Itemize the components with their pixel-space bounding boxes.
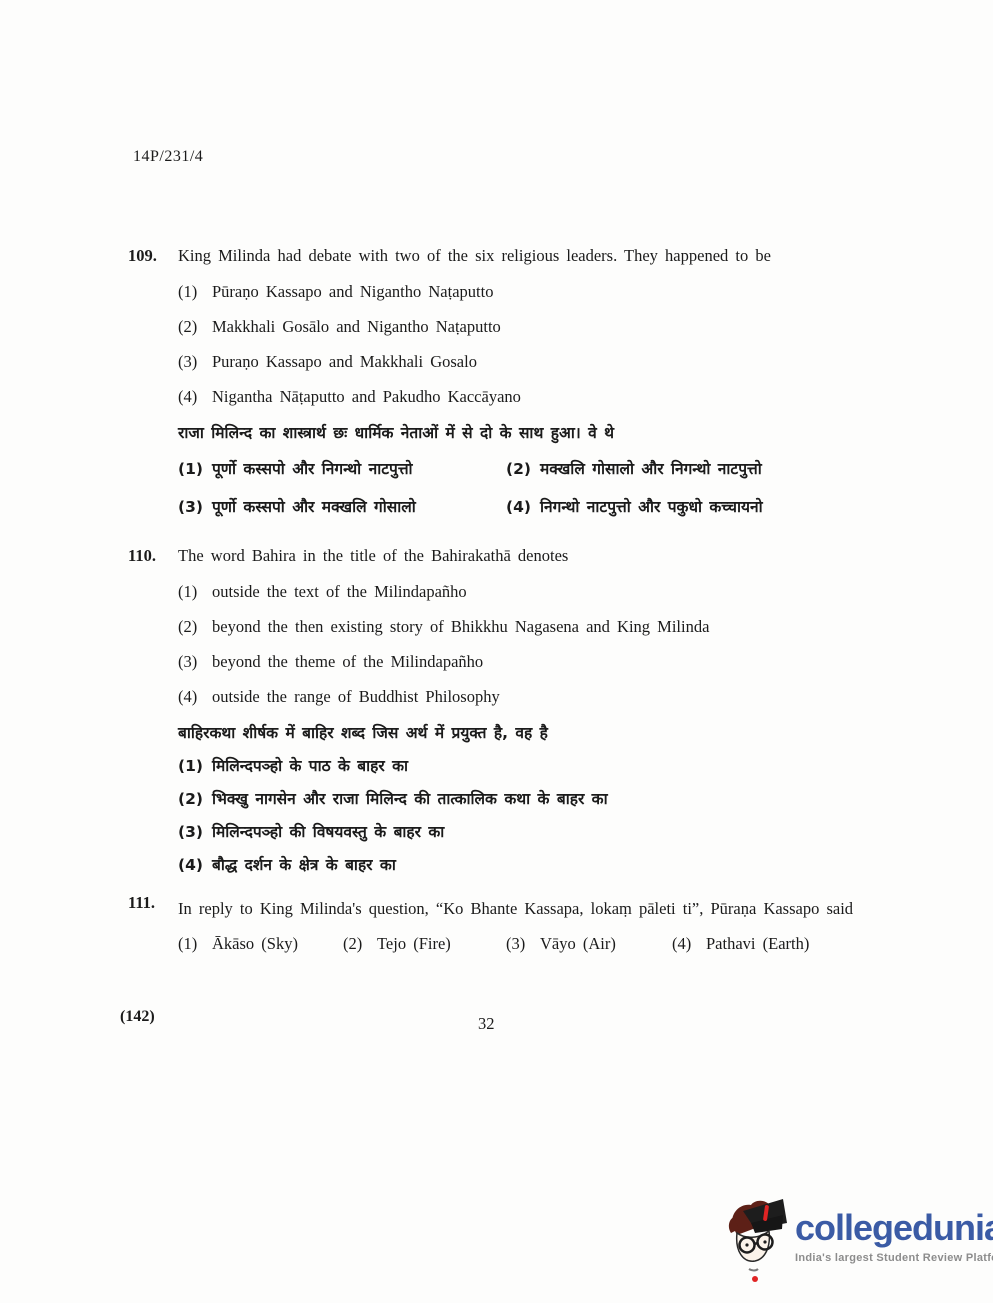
option-label: (2) (178, 317, 212, 336)
question-text-english: The word Bahira in the title of the Bahi… (178, 546, 938, 566)
option-text: पूर्णो कस्सपो और निगन्थो नाटपुत्तो (212, 459, 413, 480)
option-text: पूर्णो कस्सपो और मक्खलि गोसालो (212, 497, 416, 518)
option-4-hindi: (4) बौद्ध दर्शन के क्षेत्र के बाहर का (178, 855, 938, 876)
option-text: Ākāso (Sky) (212, 934, 298, 953)
question-text-english: King Milinda had debate with two of the … (178, 246, 938, 266)
option-label: (2) (343, 934, 377, 953)
question-text-hindi: राजा मिलिन्द का शास्त्रार्थ छः धार्मिक न… (178, 422, 938, 444)
series-code: (142) (120, 1008, 155, 1026)
option-1-hindi: (1) मिलिन्दपञ्हो के पाठ के बाहर का (178, 756, 938, 777)
option-label: (4) (506, 497, 540, 518)
brand-tagline: India's largest Student Review Platform (795, 1252, 993, 1264)
option-text: भिक्खु नागसेन और राजा मिलिन्द की तात्काल… (212, 789, 608, 810)
option-3: (3) Vāyo (Air) (506, 934, 672, 953)
option-2: (2) Makkhali Gosālo and Nigantho Naṭaput… (178, 317, 938, 336)
option-text: beyond the theme of the Milindapañho (212, 652, 483, 671)
graduate-mascot-icon (725, 1189, 789, 1285)
option-4: (4) outside the range of Buddhist Philos… (178, 687, 938, 706)
option-text: Pūraṇo Kassapo and Nigantho Naṭaputto (212, 282, 493, 301)
question-text-hindi: बाहिरकथा शीर्षक में बाहिर शब्द जिस अर्थ … (178, 722, 938, 744)
option-label: (4) (178, 855, 212, 876)
option-text: Tejo (Fire) (377, 934, 451, 953)
option-4: (4) Nigantha Nāṭaputto and Pakudho Kaccā… (178, 387, 938, 406)
options-hindi: (1) मिलिन्दपञ्हो के पाठ के बाहर का (2) भ… (178, 756, 938, 876)
option-text: beyond the then existing story of Bhikkh… (212, 617, 709, 636)
option-text: Puraṇo Kassapo and Makkhali Gosalo (212, 352, 477, 371)
question-110: 110. The word Bahira in the title of the… (128, 546, 938, 876)
brand-name: collegedunia (795, 1210, 993, 1246)
option-text: निगन्थो नाटपुत्तो और पकुधो कच्चायनो (540, 497, 763, 518)
option-label: (3) (178, 352, 212, 371)
option-label: (2) (506, 459, 540, 480)
option-4-hindi: (4) निगन्थो नाटपुत्तो और पकुधो कच्चायनो (506, 497, 938, 518)
option-text: मिलिन्दपञ्हो के पाठ के बाहर का (212, 756, 408, 777)
option-label: (3) (178, 822, 212, 843)
option-label: (1) (178, 934, 212, 953)
option-label: (3) (178, 652, 212, 671)
logo-text-block: collegedunia .com India's largest Studen… (795, 1210, 993, 1264)
option-3: (3) Puraṇo Kassapo and Makkhali Gosalo (178, 352, 938, 371)
option-text: Pathavi (Earth) (706, 934, 809, 953)
question-number: 109. (128, 246, 178, 266)
option-label: (4) (672, 934, 706, 953)
question-111: 111. In reply to King Milinda's question… (128, 893, 938, 953)
option-1: (1) outside the text of the Milindapañho (178, 582, 938, 601)
option-label: (1) (178, 756, 212, 777)
options-english: (1) Ākāso (Sky) (2) Tejo (Fire) (3) Vāyo… (178, 934, 938, 953)
option-text: outside the text of the Milindapañho (212, 582, 467, 601)
option-1: (1) Ākāso (Sky) (178, 934, 343, 953)
option-2-hindi: (2) मक्खलि गोसालो और निगन्थो नाटपुत्तो (506, 459, 938, 480)
question-number: 111. (128, 893, 178, 913)
option-1-hindi: (1) पूर्णो कस्सपो और निगन्थो नाटपुत्तो (178, 459, 506, 480)
option-label: (1) (178, 582, 212, 601)
option-2-hindi: (2) भिक्खु नागसेन और राजा मिलिन्द की तात… (178, 789, 938, 810)
option-3-hindi: (3) पूर्णो कस्सपो और मक्खलि गोसालो (178, 497, 506, 518)
option-text: मक्खलि गोसालो और निगन्थो नाटपुत्तो (540, 459, 762, 480)
option-label: (2) (178, 789, 212, 810)
option-3-hindi: (3) मिलिन्दपञ्हो की विषयवस्तु के बाहर का (178, 822, 938, 843)
page-number: 32 (478, 1014, 495, 1034)
option-label: (1) (178, 459, 212, 480)
exam-paper-page: 14P/231/4 109. King Milinda had debate w… (0, 0, 993, 1303)
paper-code: 14P/231/4 (133, 148, 203, 166)
option-text: Vāyo (Air) (540, 934, 616, 953)
option-2: (2) Tejo (Fire) (343, 934, 506, 953)
question-109: 109. King Milinda had debate with two of… (128, 246, 938, 518)
option-2: (2) beyond the then existing story of Bh… (178, 617, 938, 636)
options-english: (1) outside the text of the Milindapañho… (178, 582, 938, 706)
option-1: (1) Pūraṇo Kassapo and Nigantho Naṭaputt… (178, 282, 938, 301)
question-body: The word Bahira in the title of the Bahi… (178, 546, 938, 876)
option-text: Nigantha Nāṭaputto and Pakudho Kaccāyano (212, 387, 521, 406)
option-label: (4) (178, 387, 212, 406)
option-text: बौद्ध दर्शन के क्षेत्र के बाहर का (212, 855, 396, 876)
option-text: मिलिन्दपञ्हो की विषयवस्तु के बाहर का (212, 822, 444, 843)
options-english: (1) Pūraṇo Kassapo and Nigantho Naṭaputt… (178, 282, 938, 406)
question-number: 110. (128, 546, 178, 566)
question-text-english: In reply to King Milinda's question, “Ko… (178, 893, 873, 924)
option-text: outside the range of Buddhist Philosophy (212, 687, 500, 706)
options-hindi: (1) पूर्णो कस्सपो और निगन्थो नाटपुत्तो (… (178, 459, 938, 518)
option-label: (4) (178, 687, 212, 706)
option-label: (1) (178, 282, 212, 301)
question-body: In reply to King Milinda's question, “Ko… (178, 893, 938, 953)
option-label: (2) (178, 617, 212, 636)
option-text: Makkhali Gosālo and Nigantho Naṭaputto (212, 317, 501, 336)
option-label: (3) (178, 497, 212, 518)
question-body: King Milinda had debate with two of the … (178, 246, 938, 518)
option-3: (3) beyond the theme of the Milindapañho (178, 652, 938, 671)
option-4: (4) Pathavi (Earth) (672, 934, 809, 953)
collegedunia-logo: collegedunia .com India's largest Studen… (725, 1186, 983, 1288)
option-label: (3) (506, 934, 540, 953)
